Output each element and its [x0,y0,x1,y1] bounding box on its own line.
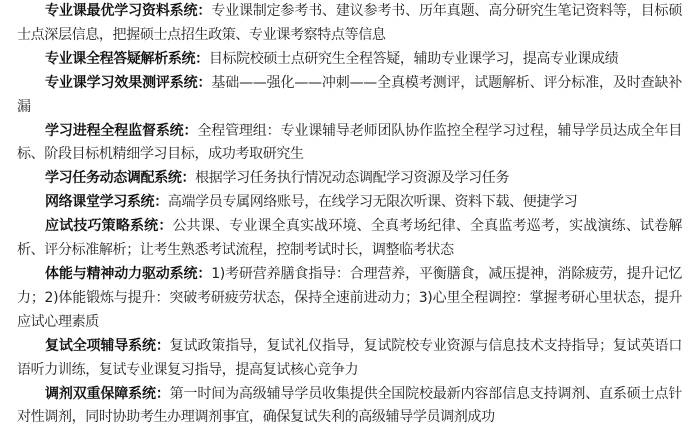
section-title: 专业课学习效果测评系统： [45,75,211,91]
section-physical-mental: 体能与精神动力驱动系统：1)考研营养膳食指导：合理营养，平衡膳食，减压提神，消除… [17,263,682,335]
section-body: 根据学习任务执行情况动态调配学习资源及学习任务 [195,170,509,186]
section-title: 专业课全程答疑解析系统： [45,51,209,67]
section-body: 目标院校硕士点研究生全程答疑，辅助专业课学习，提高专业课成绩 [209,51,619,67]
section-evaluation: 专业课学习效果测评系统：基础——强化——冲刺——全真模考测评，试题解析、评分标准… [17,72,682,120]
section-title: 专业课最优学习资料系统： [45,3,211,19]
section-qa: 专业课全程答疑解析系统：目标院校硕士点研究生全程答疑，辅助专业课学习，提高专业课… [17,48,682,72]
section-title: 复试全项辅导系统： [45,338,170,354]
section-title: 调剂双重保障系统： [45,386,170,402]
section-study-materials: 专业课最优学习资料系统：专业课制定参考书、建议参考书、历年真题、高分研究生笔记资… [17,0,682,48]
section-title: 体能与精神动力驱动系统： [45,266,211,282]
section-exam-skills: 应试技巧策略系统：公共课、专业课全真实战环境、全真考场纪律、全真监考巡考，实战演… [17,215,682,263]
section-online-class: 网络课堂学习系统：高端学员专属网络账号，在线学习无限次听课、资料下载、便捷学习 [17,191,682,215]
section-body: 高端学员专属网络账号，在线学习无限次听课、资料下载、便捷学习 [168,194,578,210]
section-supervision: 学习进程全程监督系统：全程管理组：专业课辅导老师团队协作监控全程学习过程，辅导学… [17,120,682,168]
section-title: 学习进程全程监督系统： [45,123,197,139]
section-title: 网络课堂学习系统： [45,194,168,210]
section-adjustment: 调剂双重保障系统：第一时间为高级辅导学员收集提供全国院校最新内容部信息支持调剂、… [17,383,682,427]
section-retest: 复试全项辅导系统：复试政策指导，复试礼仪指导，复试院校专业资源与信息技术支持指导… [17,335,682,383]
section-title: 应试技巧策略系统： [45,218,173,234]
section-title: 学习任务动态调配系统： [45,170,195,186]
section-task-allocation: 学习任务动态调配系统：根据学习任务执行情况动态调配学习资源及学习任务 [17,167,682,191]
document-body: 专业课最优学习资料系统：专业课制定参考书、建议参考书、历年真题、高分研究生笔记资… [0,0,688,427]
